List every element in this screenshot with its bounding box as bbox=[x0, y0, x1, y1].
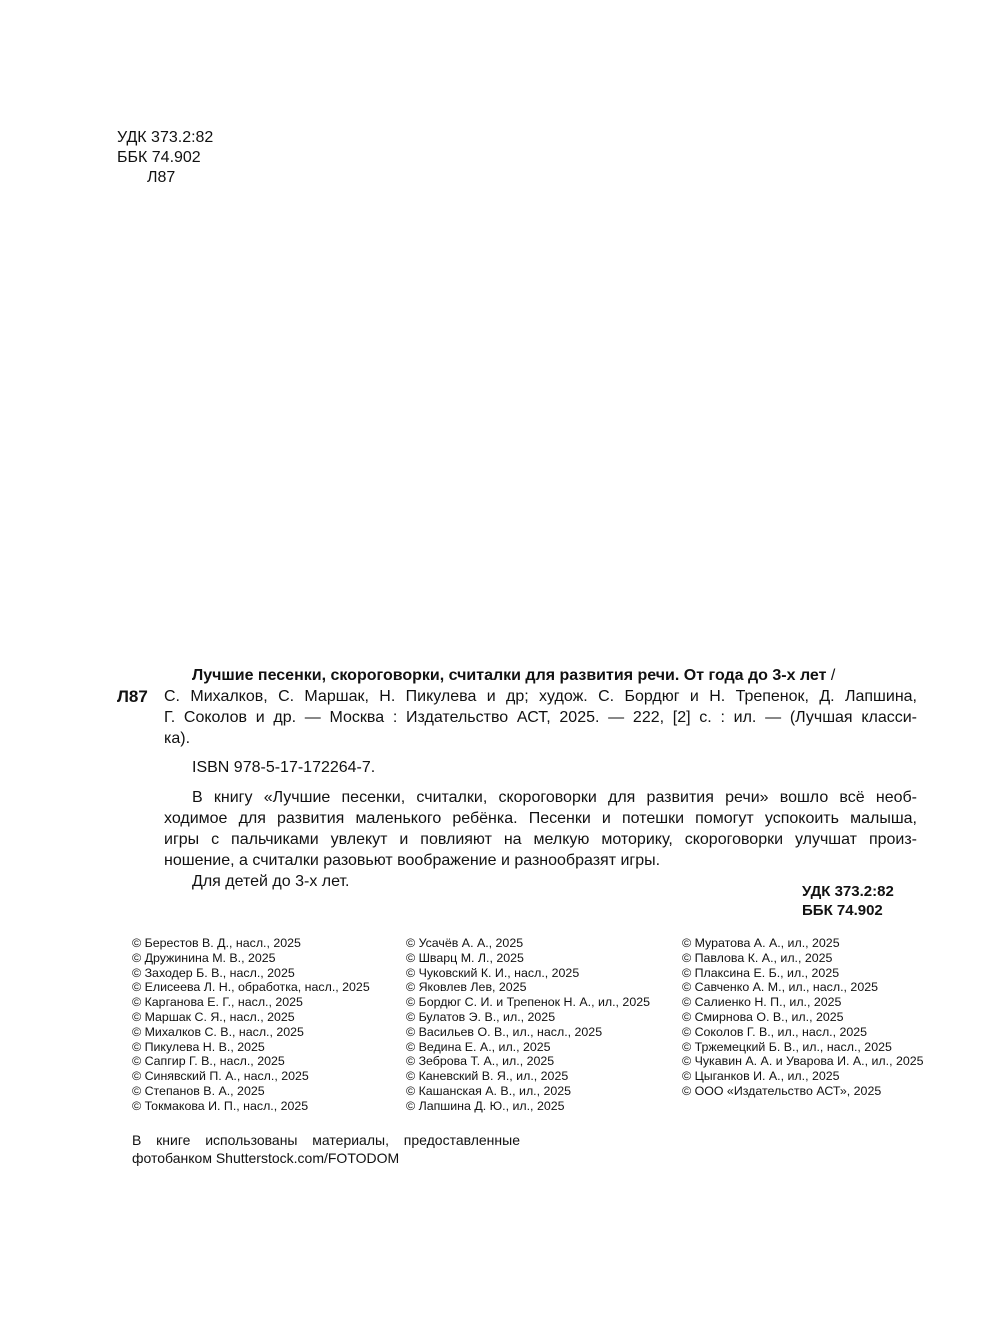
udk-code: УДК 373.2:82 bbox=[802, 882, 894, 901]
annotation-line: ношение, а считалки разовьют воображение… bbox=[117, 850, 917, 871]
catalog-author-sign: Л87 bbox=[117, 686, 148, 707]
bibliographic-line: Л87 С. Михалков, С. Маршак, Н. Пикулева … bbox=[117, 686, 917, 707]
photo-credit: В книге использованы материалы, предоста… bbox=[132, 1131, 520, 1167]
copyright-entry: © Булатов Э. В., ил., 2025 bbox=[406, 1010, 650, 1025]
copyright-entry: © Каневский В. Я., ил., 2025 bbox=[406, 1069, 650, 1084]
copyright-entry: © Елисеева Л. Н., обработка, насл., 2025 bbox=[132, 980, 370, 995]
copyright-entry: © Муратова А. А., ил., 2025 bbox=[682, 936, 924, 951]
copyright-entry: © Михалков С. В., насл., 2025 bbox=[132, 1025, 370, 1040]
copyright-entry: © Токмакова И. П., насл., 2025 bbox=[132, 1099, 370, 1114]
photo-credit-line: фотобанком Shutterstock.com/FOTODOM bbox=[132, 1149, 520, 1167]
copyright-entry: © Цыганков И. А., ил., 2025 bbox=[682, 1069, 924, 1084]
author-sign: Л87 bbox=[117, 168, 213, 188]
header-classification-codes: УДК 373.2:82 ББК 74.902 Л87 bbox=[117, 128, 213, 188]
copyright-entry: © Сапгир Г. В., насл., 2025 bbox=[132, 1054, 370, 1069]
copyright-entry: © Павлова К. А., ил., 2025 bbox=[682, 951, 924, 966]
copyright-entry: © Лапшина Д. Ю., ил., 2025 bbox=[406, 1099, 650, 1114]
copyright-entry: © Бордюг С. И. и Трепенок Н. А., ил., 20… bbox=[406, 995, 650, 1010]
isbn: ISBN 978-5-17-172264-7. bbox=[117, 757, 917, 778]
copyright-entry: © Маршак С. Я., насл., 2025 bbox=[132, 1010, 370, 1025]
copyright-entry: © Яковлев Лев, 2025 bbox=[406, 980, 650, 995]
copyright-entry: © Степанов В. А., 2025 bbox=[132, 1084, 370, 1099]
copyright-entry: © Шварц М. Л., 2025 bbox=[406, 951, 650, 966]
copyright-entry: © Салиенко Н. П., ил., 2025 bbox=[682, 995, 924, 1010]
annotation-line: ходимое для развития маленького ребёнка.… bbox=[117, 808, 917, 829]
bibliographic-line: ка). bbox=[117, 728, 917, 749]
copyright-entry: © Смирнова О. В., ил., 2025 bbox=[682, 1010, 924, 1025]
copyright-column-1: © Берестов В. Д., насл., 2025© Дружинина… bbox=[132, 936, 370, 1114]
copyright-entry: © Плаксина Е. Б., ил., 2025 bbox=[682, 966, 924, 981]
copyright-entry: © Савченко А. М., ил., насл., 2025 bbox=[682, 980, 924, 995]
bbk-code: ББК 74.902 bbox=[802, 901, 894, 920]
copyright-entry: © Карганова Е. Г., насл., 2025 bbox=[132, 995, 370, 1010]
copyright-entry: © Васильев О. В., ил., насл., 2025 bbox=[406, 1025, 650, 1040]
bbk-code: ББК 74.902 bbox=[117, 148, 213, 168]
copyright-entry: © Чукавин А. А. и Уварова И. А., ил., 20… bbox=[682, 1054, 924, 1069]
copyright-entry: © Пикулева Н. В., 2025 bbox=[132, 1040, 370, 1055]
annotation-line: В книгу «Лучшие песенки, считалки, скоро… bbox=[117, 787, 917, 808]
copyright-entry: © Заходер Б. В., насл., 2025 bbox=[132, 966, 370, 981]
copyright-entry: © Кашанская А. В., ил., 2025 bbox=[406, 1084, 650, 1099]
book-title: Лучшие песенки, скороговорки, считалки д… bbox=[192, 667, 826, 684]
copyright-column-2: © Усачёв А. А., 2025© Шварц М. Л., 2025©… bbox=[406, 936, 650, 1114]
copyright-entry: © Дружинина М. В., 2025 bbox=[132, 951, 370, 966]
catalog-card: Лучшие песенки, скороговорки, считалки д… bbox=[117, 665, 917, 892]
udk-code: УДК 373.2:82 bbox=[117, 128, 213, 148]
photo-credit-line: В книге использованы материалы, предоста… bbox=[132, 1131, 520, 1149]
copyright-entry: © Усачёв А. А., 2025 bbox=[406, 936, 650, 951]
copyright-entry: © Чуковский К. И., насл., 2025 bbox=[406, 966, 650, 981]
copyright-column-3: © Муратова А. А., ил., 2025© Павлова К. … bbox=[682, 936, 924, 1099]
footer-classification-codes: УДК 373.2:82 ББК 74.902 bbox=[802, 882, 894, 920]
annotation: В книгу «Лучшие песенки, считалки, скоро… bbox=[117, 787, 917, 892]
bibliographic-line: Г. Соколов и др. — Москва : Издательство… bbox=[117, 707, 917, 728]
age-rating: Для детей до 3-х лет. bbox=[117, 871, 917, 892]
copyright-entry: © Соколов Г. В., ил., насл., 2025 bbox=[682, 1025, 924, 1040]
copyright-entry: © Зеброва Т. А., ил., 2025 bbox=[406, 1054, 650, 1069]
copyright-entry: © Ведина Е. А., ил., 2025 bbox=[406, 1040, 650, 1055]
copyright-entry: © Тржемецкий Б. В., ил., насл., 2025 bbox=[682, 1040, 924, 1055]
annotation-line: игры с пальчиками увлекут и повлияют на … bbox=[117, 829, 917, 850]
copyright-entry: © Берестов В. Д., насл., 2025 bbox=[132, 936, 370, 951]
title-slash: / bbox=[826, 667, 835, 684]
copyright-entry: © Синявский П. А., насл., 2025 bbox=[132, 1069, 370, 1084]
copyright-entry: © ООО «Издательство АСТ», 2025 bbox=[682, 1084, 924, 1099]
book-title-line: Лучшие песенки, скороговорки, считалки д… bbox=[117, 665, 917, 686]
